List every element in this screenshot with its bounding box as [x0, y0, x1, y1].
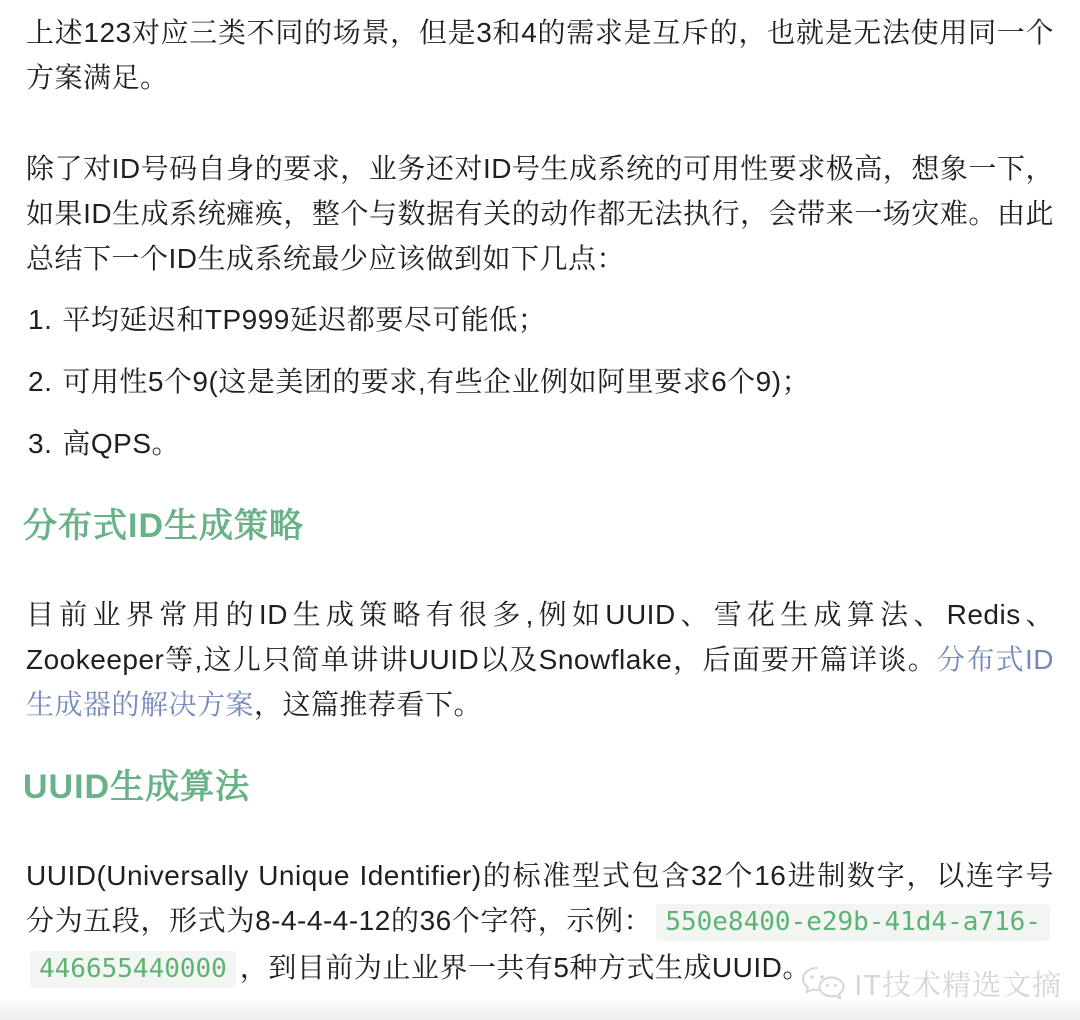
watermark: IT技术精选文摘	[800, 963, 1062, 1004]
wechat-icon	[800, 964, 846, 1004]
list-item: 1.平均延迟和TP999延迟都要尽可能低；	[28, 297, 1054, 342]
list-item-number: 3.	[28, 428, 52, 459]
section-heading-uuid: UUID生成算法	[23, 767, 1054, 807]
list-item-text: 高QPS。	[62, 428, 180, 459]
list-item: 3.高QPS。	[28, 421, 1054, 466]
article-page: 上述123对应三类不同的场景，但是3和4的需求是互斥的，也就是无法使用同一个方案…	[0, 0, 1080, 1020]
paragraph-strategy-text-1: 目前业界常用的ID生成策略有很多,例如UUID、雪花生成算法、Redis、Zoo…	[26, 599, 1054, 675]
paragraph-uuid-text-2: ，到目前为止业界一共有5种方式生成UUID。	[240, 952, 811, 983]
list-item-text: 平均延迟和TP999延迟都要尽可能低；	[62, 304, 546, 335]
list-item: 2.可用性5个9(这是美团的要求,有些企业例如阿里要求6个9)；	[28, 359, 1054, 404]
list-item-text: 可用性5个9(这是美团的要求,有些企业例如阿里要求6个9)；	[62, 366, 810, 397]
paragraph-strategy: 目前业界常用的ID生成策略有很多,例如UUID、雪花生成算法、Redis、Zoo…	[26, 592, 1054, 727]
list-item-number: 2.	[28, 366, 52, 397]
paragraph-scenarios: 上述123对应三类不同的场景，但是3和4的需求是互斥的，也就是无法使用同一个方案…	[26, 10, 1054, 100]
section-heading-strategy: 分布式ID生成策略	[23, 506, 1054, 546]
list-item-number: 1.	[28, 304, 52, 335]
requirements-list: 1.平均延迟和TP999延迟都要尽可能低； 2.可用性5个9(这是美团的要求,有…	[26, 297, 1054, 466]
paragraph-availability: 除了对ID号码自身的要求，业务还对ID号生成系统的可用性要求极高，想象一下，如果…	[26, 146, 1054, 281]
watermark-label: IT技术精选文摘	[854, 963, 1062, 1004]
paragraph-strategy-text-2: ，这篇推荐看下。	[254, 689, 482, 720]
